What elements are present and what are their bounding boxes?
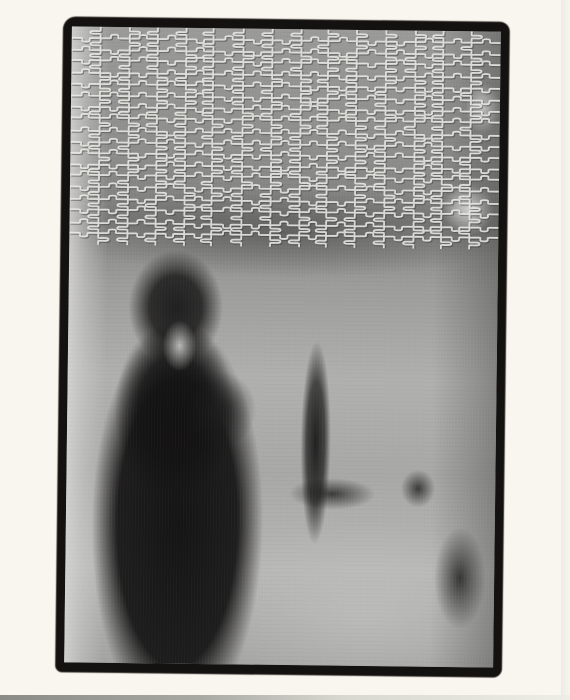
paper-edge-bottom <box>0 695 570 700</box>
puzzle-seams <box>69 26 501 250</box>
photograph <box>64 26 501 667</box>
paper-edge-right <box>561 0 570 700</box>
print-border <box>56 17 509 676</box>
